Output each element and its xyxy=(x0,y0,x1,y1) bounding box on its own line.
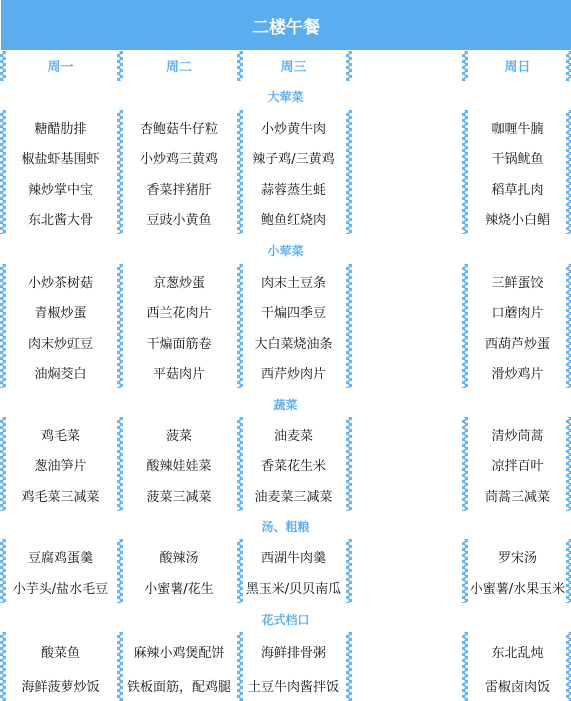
column-divider xyxy=(346,110,352,234)
menu-item: 肉末土豆条 xyxy=(240,266,347,297)
column-divider xyxy=(462,632,468,701)
menu-item: 小芋头/盐水毛豆 xyxy=(3,572,118,603)
column-divider xyxy=(237,264,243,388)
menu-item xyxy=(349,634,463,668)
menu-item: 滑炒鸡片 xyxy=(465,358,570,389)
menu-item: 小炒鸡三黄鸡 xyxy=(120,143,238,174)
menu-item xyxy=(349,358,463,389)
menu-item: 西葫芦炒蛋 xyxy=(465,327,570,358)
menu-item xyxy=(349,173,463,204)
menu-item: 东北乱炖 xyxy=(465,634,570,668)
day-header-sun: 周日 xyxy=(465,50,570,81)
column-divider xyxy=(117,632,123,701)
menu-item: 鲍鱼红烧肉 xyxy=(240,204,347,235)
section-title-vegetables: 蔬菜 xyxy=(0,396,571,413)
menu-item: 辣子鸡/三黄鸡 xyxy=(240,143,347,174)
menu-item: 酸菜鱼 xyxy=(3,634,118,668)
column-divider xyxy=(566,632,571,701)
menu-item: 辣烧小白鲳 xyxy=(465,204,570,235)
menu-item xyxy=(349,541,463,572)
menu-item xyxy=(349,297,463,328)
menu-item: 海鲜菠萝炒饭 xyxy=(3,668,118,701)
page-title: 二楼午餐 xyxy=(1,0,571,50)
day-header-row: 周一 周二 周三 周日 xyxy=(0,50,571,81)
menu-item: 三鲜蛋饺 xyxy=(465,266,570,297)
menu-item: 土豆牛肉酱拌饭 xyxy=(240,668,347,701)
column-divider xyxy=(346,632,352,701)
column-divider xyxy=(566,110,571,234)
section-title-small-meat: 小荤菜 xyxy=(0,242,571,259)
menu-item xyxy=(349,204,463,235)
menu-item xyxy=(349,327,463,358)
menu-item: 香菜拌猪肝 xyxy=(120,173,238,204)
menu-item: 菠菜 xyxy=(120,419,238,450)
column-divider xyxy=(117,539,123,603)
menu-item: 黑玉米/贝贝南瓜 xyxy=(240,572,347,603)
table-row: 辣炒掌中宝香菜拌猪肝蒜蓉蒸生蚝稻草扎肉 xyxy=(0,173,571,204)
day-header-wed: 周三 xyxy=(240,50,347,81)
table-row: 酸菜鱼麻辣小鸡煲配饼海鲜排骨粥东北乱炖 xyxy=(0,634,571,668)
column-divider xyxy=(462,51,468,81)
menu-item: 鸡毛菜 xyxy=(3,419,118,450)
menu-item: 小炒黄牛肉 xyxy=(240,112,347,143)
menu-item: 大白菜烧油条 xyxy=(240,327,347,358)
menu-item: 海鲜排骨粥 xyxy=(240,634,347,668)
menu-item: 酸辣娃娃菜 xyxy=(120,450,238,481)
menu-item: 辣炒掌中宝 xyxy=(3,173,118,204)
column-divider xyxy=(0,539,6,603)
menu-item: 麻辣小鸡煲配饼 xyxy=(120,634,238,668)
table-row: 东北酱大骨豆豉小黄鱼鲍鱼红烧肉辣烧小白鲳 xyxy=(0,204,571,235)
day-header-tue: 周二 xyxy=(120,50,238,81)
table-row: 青椒炒蛋西兰花肉片干煸四季豆口蘑肉片 xyxy=(0,297,571,328)
column-divider xyxy=(566,51,571,81)
column-divider xyxy=(237,632,243,701)
menu-item xyxy=(349,112,463,143)
menu-item: 小炒茶树菇 xyxy=(3,266,118,297)
column-divider xyxy=(237,110,243,234)
menu-item: 西芹炒肉片 xyxy=(240,358,347,389)
column-divider xyxy=(0,110,6,234)
menu-item: 罗宋汤 xyxy=(465,541,570,572)
menu-item: 油焖茭白 xyxy=(3,358,118,389)
menu-item: 油麦菜 xyxy=(240,419,347,450)
menu-item: 小蜜薯/花生 xyxy=(120,572,238,603)
table-row: 葱油笋片酸辣娃娃菜香菜花生米凉拌百叶 xyxy=(0,450,571,481)
column-divider xyxy=(346,51,352,81)
table-row: 鸡毛菜菠菜油麦菜清炒茼蒿 xyxy=(0,419,571,450)
column-divider xyxy=(566,539,571,603)
table-row: 椒盐虾基围虾小炒鸡三黄鸡辣子鸡/三黄鸡干锅鱿鱼 xyxy=(0,143,571,174)
menu-item xyxy=(349,419,463,450)
menu-item: 葱油笋片 xyxy=(3,450,118,481)
menu-item: 豆腐鸡蛋羹 xyxy=(3,541,118,572)
menu-item: 清炒茼蒿 xyxy=(465,419,570,450)
menu-item xyxy=(349,480,463,511)
table-row: 鸡毛菜三减菜菠菜三减菜油麦菜三减菜茼蒿三减菜 xyxy=(0,480,571,511)
menu-item: 青椒炒蛋 xyxy=(3,297,118,328)
column-divider xyxy=(0,264,6,388)
column-divider xyxy=(462,110,468,234)
menu-item: 东北酱大骨 xyxy=(3,204,118,235)
table-row: 豆腐鸡蛋羹酸辣汤西湖牛肉羹罗宋汤 xyxy=(0,541,571,572)
column-divider xyxy=(462,417,468,511)
menu-item: 鸡毛菜三减菜 xyxy=(3,480,118,511)
menu-item: 杏鲍菇牛仔粒 xyxy=(120,112,238,143)
column-divider xyxy=(462,264,468,388)
column-divider xyxy=(566,264,571,388)
column-divider xyxy=(346,417,352,511)
menu-item: 干锅鱿鱼 xyxy=(465,143,570,174)
column-divider xyxy=(117,110,123,234)
menu-item xyxy=(349,572,463,603)
day-header-mon: 周一 xyxy=(3,50,118,81)
section-title-big-meat: 大荤菜 xyxy=(0,88,571,105)
column-divider xyxy=(0,632,6,701)
column-divider xyxy=(237,417,243,511)
menu-item xyxy=(349,668,463,701)
menu-item: 雷椒卤肉饭 xyxy=(465,668,570,701)
menu-item: 干煸四季豆 xyxy=(240,297,347,328)
column-divider xyxy=(237,539,243,603)
menu-item: 椒盐虾基围虾 xyxy=(3,143,118,174)
column-divider xyxy=(346,539,352,603)
menu-item: 凉拌百叶 xyxy=(465,450,570,481)
menu-item: 京葱炒蛋 xyxy=(120,266,238,297)
column-divider xyxy=(117,51,123,81)
section-title-soup-grains: 汤、粗粮 xyxy=(0,518,571,535)
table-row: 小芋头/盐水毛豆小蜜薯/花生黑玉米/贝贝南瓜小蜜薯/水果玉米 xyxy=(0,572,571,603)
column-divider xyxy=(346,264,352,388)
menu-item: 平菇肉片 xyxy=(120,358,238,389)
column-divider xyxy=(0,51,6,81)
table-row: 肉末炒豇豆干煸面筋卷大白菜烧油条西葫芦炒蛋 xyxy=(0,327,571,358)
menu-item: 糖醋肋排 xyxy=(3,112,118,143)
column-divider xyxy=(117,417,123,511)
day-header-blank xyxy=(349,50,463,81)
menu-item: 铁板面筋，配鸡腿 xyxy=(120,668,238,701)
menu-item: 香菜花生米 xyxy=(240,450,347,481)
menu-item xyxy=(349,143,463,174)
column-divider xyxy=(462,539,468,603)
menu-item: 西湖牛肉羹 xyxy=(240,541,347,572)
menu-item: 菠菜三减菜 xyxy=(120,480,238,511)
column-divider xyxy=(117,264,123,388)
menu-item: 口蘑肉片 xyxy=(465,297,570,328)
column-divider xyxy=(237,51,243,81)
menu-item xyxy=(349,266,463,297)
menu-item: 稻草扎肉 xyxy=(465,173,570,204)
section-title-specialty: 花式档口 xyxy=(0,611,571,628)
menu-item: 西兰花肉片 xyxy=(120,297,238,328)
menu-page: 二楼午餐 周一 周二 周三 周日 大荤菜 小荤菜 蔬菜 汤、粗粮 花式档口 糖醋… xyxy=(0,0,571,701)
table-row: 海鲜菠萝炒饭铁板面筋，配鸡腿土豆牛肉酱拌饭雷椒卤肉饭 xyxy=(0,668,571,701)
column-divider xyxy=(0,417,6,511)
table-row: 糖醋肋排杏鲍菇牛仔粒小炒黄牛肉咖喱牛腩 xyxy=(0,112,571,143)
menu-item: 蒜蓉蒸生蚝 xyxy=(240,173,347,204)
menu-item: 小蜜薯/水果玉米 xyxy=(465,572,570,603)
menu-item xyxy=(349,450,463,481)
menu-item: 干煸面筋卷 xyxy=(120,327,238,358)
menu-item: 油麦菜三减菜 xyxy=(240,480,347,511)
table-row: 油焖茭白平菇肉片西芹炒肉片滑炒鸡片 xyxy=(0,358,571,389)
menu-item: 酸辣汤 xyxy=(120,541,238,572)
menu-item: 豆豉小黄鱼 xyxy=(120,204,238,235)
table-row: 小炒茶树菇京葱炒蛋肉末土豆条三鲜蛋饺 xyxy=(0,266,571,297)
column-divider xyxy=(566,417,571,511)
menu-item: 咖喱牛腩 xyxy=(465,112,570,143)
menu-item: 肉末炒豇豆 xyxy=(3,327,118,358)
menu-item: 茼蒿三减菜 xyxy=(465,480,570,511)
